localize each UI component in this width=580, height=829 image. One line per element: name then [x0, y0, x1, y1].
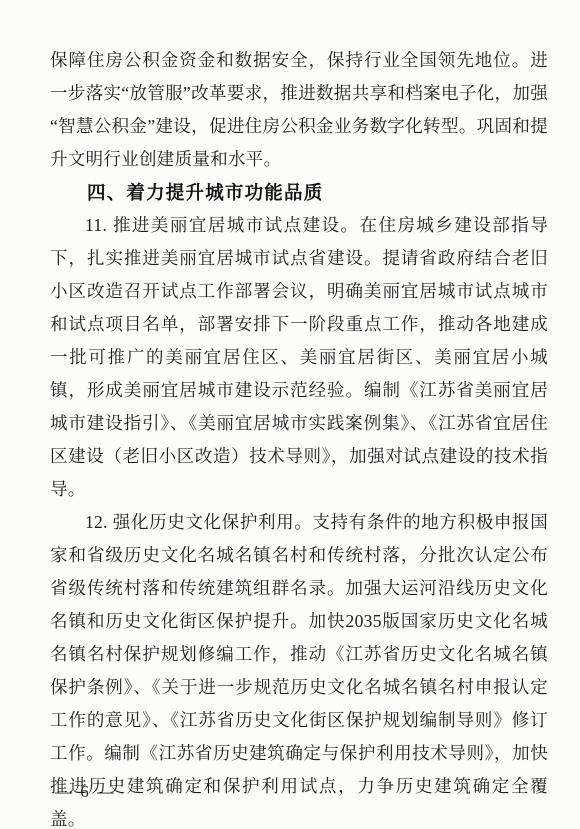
paragraph-continuation: 保障住房公积金资金和数据安全，保持行业全国领先地位。进一步落实“放管服”改革要求… — [50, 44, 548, 176]
paragraph-item-11: 11. 推进美丽宜居城市试点建设。在住房城乡建设部指导下，扎实推进美丽宜居城市试… — [50, 209, 548, 506]
section-heading: 四、着力提升城市功能品质 — [50, 176, 548, 209]
document-page: 保障住房公积金资金和数据安全，保持行业全国领先地位。进一步落实“放管服”改革要求… — [0, 0, 580, 829]
page-number: — 6 — — [55, 782, 116, 802]
document-content: 保障住房公积金资金和数据安全，保持行业全国领先地位。进一步落实“放管服”改革要求… — [50, 44, 548, 829]
paragraph-item-12: 12. 强化历史文化保护利用。支持有条件的地方积极申报国家和省级历史文化名城名镇… — [50, 506, 548, 829]
